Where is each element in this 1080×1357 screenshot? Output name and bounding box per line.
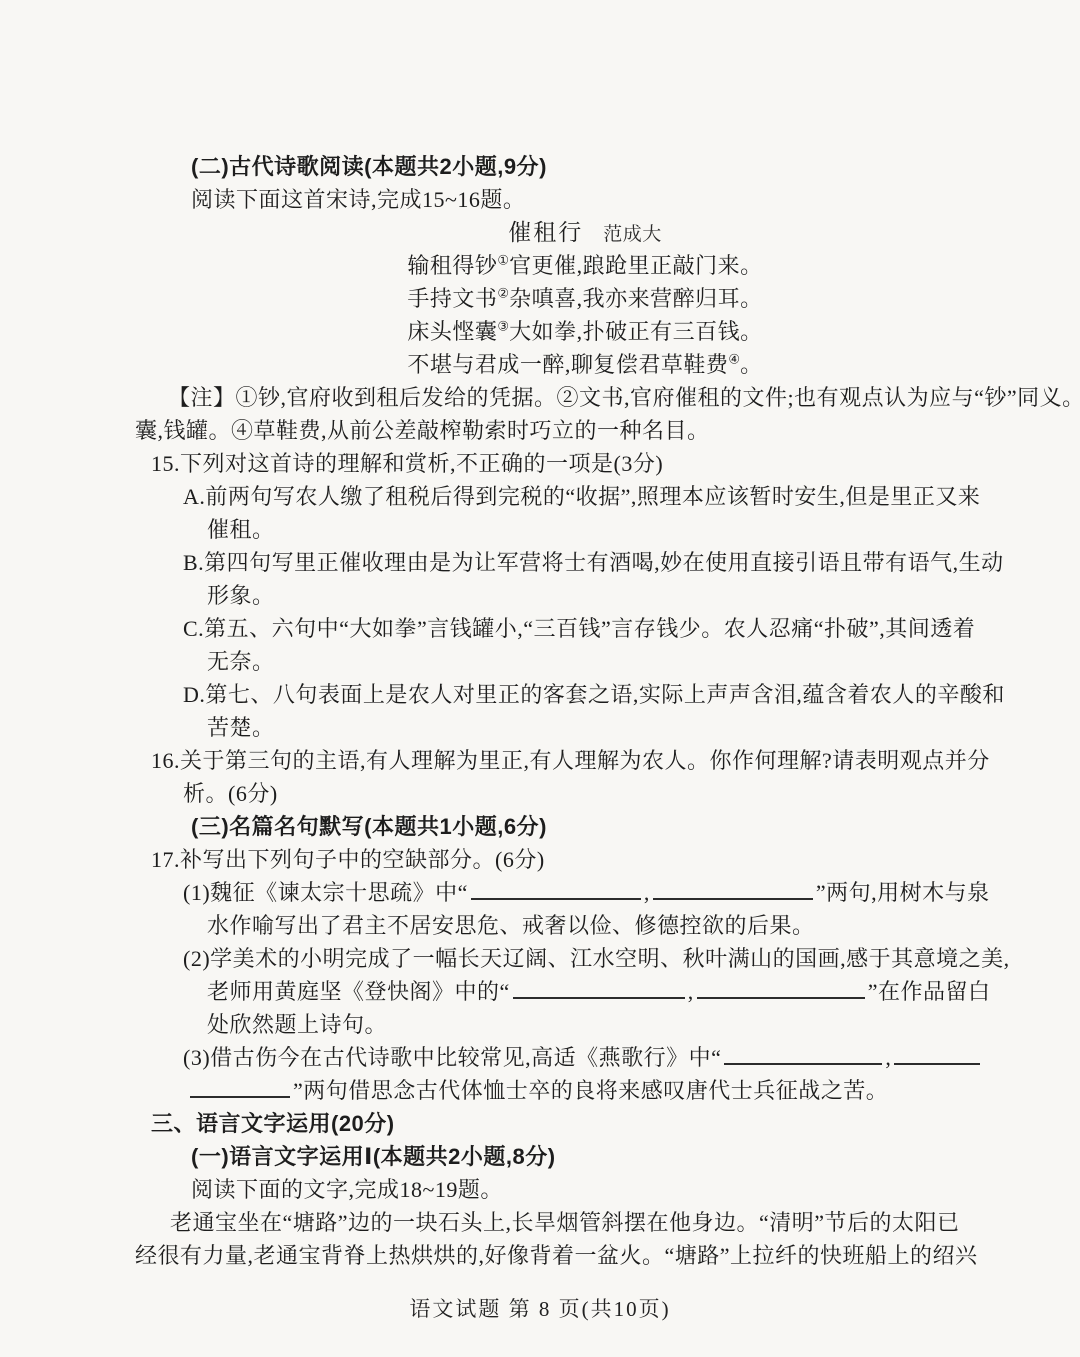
exam-page: (二)古代诗歌阅读(本题共2小题,9分) 阅读下面这首宋诗,完成15~16题。 …	[0, 0, 1080, 1357]
footnote-marker-1: ①	[497, 253, 509, 268]
page-footer: 语文试题 第 8 页(共10页)	[0, 1293, 1080, 1323]
part3-sub1-heading: (一)语言文字运用Ⅰ(本题共2小题,8分)	[191, 1140, 965, 1173]
footnote-marker-4: ④	[728, 352, 740, 367]
option-b-line2: 形象。	[207, 579, 965, 612]
poem-line-4: 不堪与君成一醉,聊复偿君草鞋费④。	[195, 348, 975, 381]
answer-blank	[190, 1078, 290, 1098]
q17-item3-text: ”两句借思念古代体恤士卒的良将来感叹唐代士兵征战之苦。	[293, 1078, 888, 1103]
answer-blank	[471, 880, 641, 900]
q17-item1-line2: 水作喻写出了君主不居安思危、戒奢以俭、修德控欲的后果。	[207, 909, 965, 942]
option-c-line2: 无奈。	[207, 645, 965, 678]
q17-item3-line1: (3)借古伤今在古代诗歌中比较常见,高适《燕歌行》中“,	[183, 1041, 965, 1074]
q17-item2-line2: 老师用黄庭坚《登快阁》中的“,”在作品留白	[207, 975, 965, 1008]
answer-blank	[697, 979, 865, 999]
question-16-line2: 析。(6分)	[183, 777, 965, 810]
poem-line-2: 手持文书②杂嗔喜,我亦来营醉归耳。	[195, 282, 975, 315]
poem-line-1: 输租得钞①官更催,踉跄里正敲门来。	[195, 249, 975, 282]
q17-item3-line2: ”两句借思念古代体恤士卒的良将来感叹唐代士兵征战之苦。	[187, 1074, 965, 1107]
section3-heading: (三)名篇名句默写(本题共1小题,6分)	[191, 810, 965, 843]
option-b-line1: B.第四句写里正催收理由是为让军营将士有酒喝,妙在使用直接引语且带有语气,生动	[183, 546, 965, 579]
poem-line-text: 不堪与君成一醉,聊复偿君草鞋费	[407, 352, 728, 377]
part3-sub1-intro: 阅读下面的文字,完成18~19题。	[191, 1173, 965, 1206]
q17-item3-comma: ,	[885, 1045, 891, 1070]
question-17-stem: 17.补写出下列句子中的空缺部分。(6分)	[151, 843, 965, 876]
q17-item1-comma: ,	[644, 880, 650, 905]
option-d-line2: 苦楚。	[207, 711, 965, 744]
q17-item1-text: ”两句,用树木与泉	[816, 880, 990, 905]
q17-item2-text: ”在作品留白	[868, 979, 991, 1004]
option-a-line2: 催租。	[207, 513, 965, 546]
q17-item2-line3: 处欣然题上诗句。	[207, 1008, 965, 1041]
poem-title-row: 催租行范成大	[195, 216, 975, 249]
q17-item2-comma: ,	[688, 979, 694, 1004]
option-a-line1: A.前两句写农人缴了租税后得到完税的“收据”,照理本应该暂时安生,但是里正又来	[183, 480, 965, 513]
section2-heading: (二)古代诗歌阅读(本题共2小题,9分)	[191, 150, 965, 183]
poem-line-text: 手持文书	[407, 286, 497, 311]
answer-blank	[724, 1045, 882, 1065]
poem-author: 范成大	[603, 224, 662, 245]
answer-blank	[894, 1045, 980, 1065]
question-16-line1: 16.关于第三句的主语,有人理解为里正,有人理解为农人。你作何理解?请表明观点并…	[151, 744, 965, 777]
poem-note-line1: 【注】①钞,官府收到租后发给的凭据。②文书,官府催租的文件;也有观点认为应与“钞…	[168, 381, 965, 414]
poem-line-text: 输租得钞	[407, 253, 497, 278]
footnote-marker-3: ③	[497, 319, 509, 334]
poem-note-line2: 囊,钱罐。④草鞋费,从前公差敲榨勒索时巧立的一种名目。	[135, 414, 965, 447]
footnote-marker-2: ②	[497, 286, 509, 301]
passage-line1: 老通宝坐在“塘路”边的一块石头上,长旱烟管斜摆在他身边。“清明”节后的太阳已	[170, 1206, 965, 1239]
q17-item2-text: 老师用黄庭坚《登快阁》中的“	[207, 979, 510, 1004]
section2-intro: 阅读下面这首宋诗,完成15~16题。	[191, 183, 965, 216]
poem-line-text: 官更催,踉跄里正敲门来。	[509, 253, 763, 278]
question-15-stem: 15.下列对这首诗的理解和赏析,不正确的一项是(3分)	[151, 447, 965, 480]
passage-line2: 经很有力量,老通宝背脊上热烘烘的,好像背着一盆火。“塘路”上拉纤的快班船上的绍兴	[135, 1239, 965, 1272]
option-c-line1: C.第五、六句中“大如拳”言钱罐小,“三百钱”言存钱少。农人忍痛“扑破”,其间透…	[183, 612, 965, 645]
poem-line-text: 大如拳,扑破正有三百钱。	[509, 319, 763, 344]
poem-line-text: 床头悭囊	[407, 319, 497, 344]
answer-blank	[653, 880, 813, 900]
answer-blank	[513, 979, 685, 999]
q17-item2-line1: (2)学美术的小明完成了一幅长天辽阔、江水空明、秋叶满山的国画,感于其意境之美,	[183, 942, 965, 975]
q17-item1-line1: (1)魏征《谏太宗十思疏》中“,”两句,用树木与泉	[183, 876, 965, 909]
option-d-line1: D.第七、八句表面上是农人对里正的客套之语,实际上声声含泪,蕴含着农人的辛酸和	[183, 678, 965, 711]
poem-title: 催租行	[508, 220, 583, 245]
part3-heading: 三、语言文字运用(20分)	[151, 1107, 965, 1140]
exam-content: (二)古代诗歌阅读(本题共2小题,9分) 阅读下面这首宋诗,完成15~16题。 …	[135, 150, 965, 1272]
poem-line-text: 。	[740, 352, 763, 377]
poem-line-text: 杂嗔喜,我亦来营醉归耳。	[509, 286, 763, 311]
poem-line-3: 床头悭囊③大如拳,扑破正有三百钱。	[195, 315, 975, 348]
q17-item3-text: (3)借古伤今在古代诗歌中比较常见,高适《燕歌行》中“	[183, 1045, 721, 1070]
poem-block: 催租行范成大 输租得钞①官更催,踉跄里正敲门来。 手持文书②杂嗔喜,我亦来营醉归…	[195, 216, 975, 381]
q17-item1-text: (1)魏征《谏太宗十思疏》中“	[183, 880, 468, 905]
